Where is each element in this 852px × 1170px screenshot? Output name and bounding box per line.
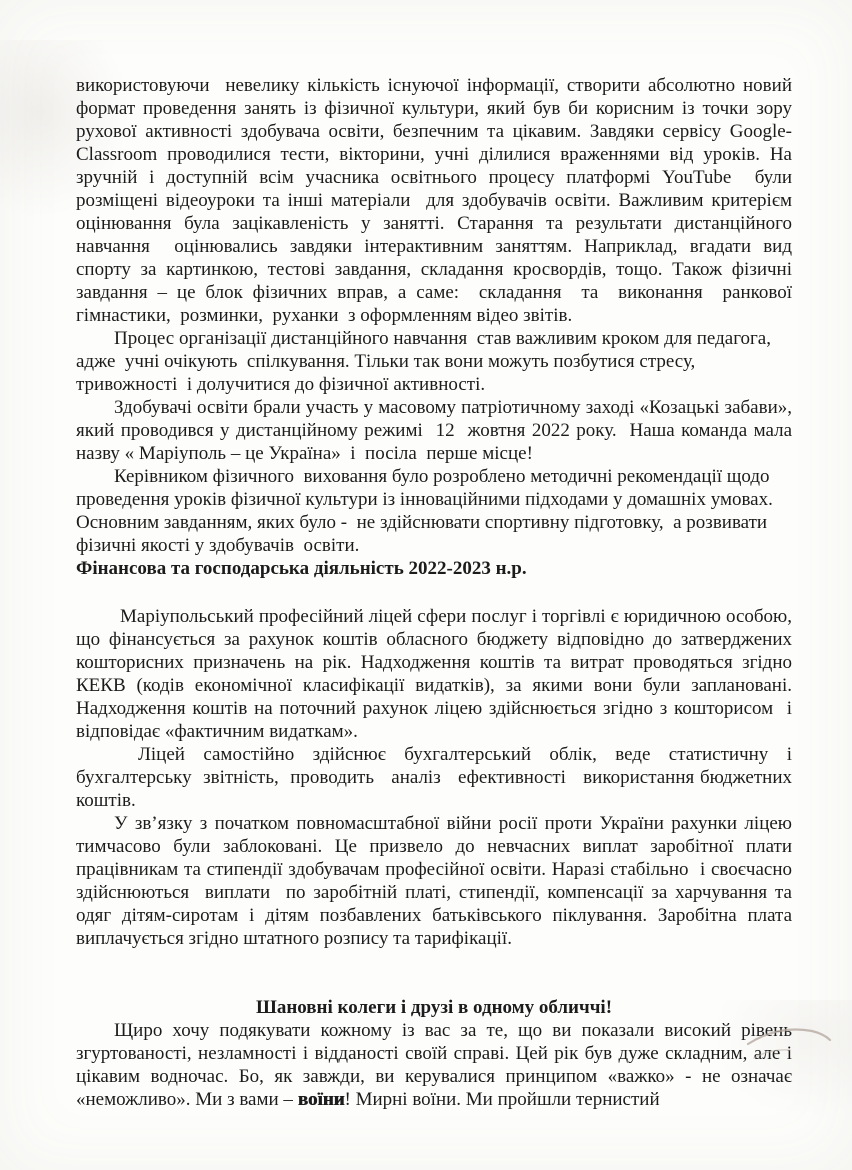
paragraph-lyceum-funding: Маріупольський професійний ліцей сфери п… bbox=[76, 605, 792, 743]
paragraph-closing-address: Щиро хочу подякувати кожному із вас за т… bbox=[76, 1019, 792, 1111]
paragraph-distance-learning: використовуючи невелику кількість існуюч… bbox=[76, 74, 792, 327]
paragraph-war-impact-payments: У зв’язку з початком повномасштабної вій… bbox=[76, 812, 792, 950]
paragraph-organization-process: Процес організації дистанційного навчанн… bbox=[76, 327, 792, 396]
paragraph-methodical-recommendations: Керівником фізичного виховання було розр… bbox=[76, 465, 792, 557]
pen-mark-artifact bbox=[752, 1046, 792, 1060]
paragraph-accounting: Ліцей самостійно здійснює бухгалтерський… bbox=[76, 743, 792, 812]
finance-section-heading: Фінансова та господарська діяльність 202… bbox=[76, 557, 792, 580]
scanned-page: використовуючи невелику кількість існуюч… bbox=[0, 0, 852, 1170]
paragraph-kozatski-zabavy: Здобувачі освіти брали участь у масовому… bbox=[76, 396, 792, 465]
closing-text-after: ! Мирні воїни. Ми пройшли тернистий bbox=[345, 1089, 660, 1110]
closing-heading: Шановні колеги і друзі в одному обличчі! bbox=[76, 996, 792, 1019]
document-content: використовуючи невелику кількість існуюч… bbox=[76, 74, 792, 1111]
closing-emphasized-word: воїни bbox=[298, 1089, 345, 1110]
